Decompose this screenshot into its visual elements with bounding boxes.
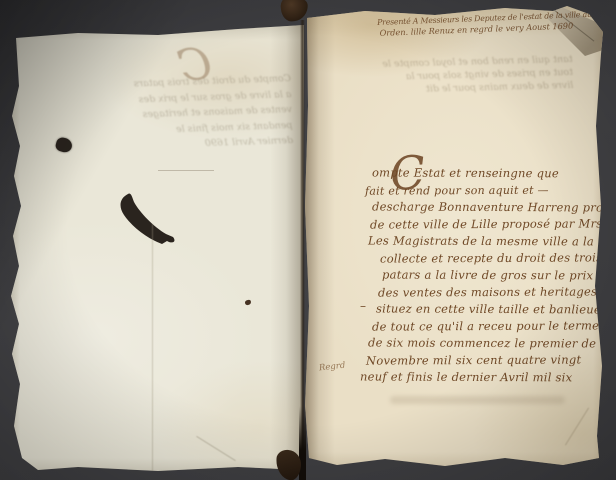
title-line: Les Magistrats de la mesme ville a la (368, 232, 609, 250)
title-line: des ventes des maisons et heritages — (378, 283, 609, 301)
title-text-block: C ompte Estat et renseingne que fait et … (360, 156, 609, 386)
title-line: de six mois commencez le premier de (368, 334, 609, 352)
title-line: fait et rend pour son aquit et — (365, 181, 609, 199)
bleedthrough-underline (158, 170, 214, 171)
left-page: C Compte du droit des trois patars a la … (8, 24, 304, 472)
title-line: neuf et finis le dernier Avril mil six (360, 368, 609, 386)
gutter-shadow (300, 20, 305, 464)
title-line: ompte Estat et renseingne que (372, 164, 609, 182)
title-line: descharge Bonnaventure Harreng procureur (372, 198, 609, 216)
dog-ear-fold (8, 442, 42, 472)
ink-blot-shape (114, 193, 182, 251)
bleedthrough-line: livre de deux mains pour le dit (426, 80, 574, 95)
bleedthrough-text-block: Compte du droit des trois patars a la li… (119, 71, 294, 154)
title-line: de tout ce qu'il a receu pour le terme (372, 317, 609, 335)
title-line: situez en cette ville taille et banlieue (376, 300, 609, 318)
page-crease (565, 408, 589, 446)
bleedthrough-line: pendant six mois finis le (176, 119, 293, 134)
binding-knot-top (280, 0, 309, 22)
bleedthrough-line: ventes de maisons et heritages (143, 104, 293, 120)
ink-blot-small (54, 136, 73, 154)
ink-speck (245, 300, 252, 306)
margin-dash: – (360, 299, 366, 313)
bleedthrough-line: a la livre de gros sur le prix des (138, 89, 291, 105)
margin-annotation: Regrd (319, 361, 346, 374)
page-crease (152, 224, 153, 472)
bleedthrough-line: Compte du droit des trois patars (134, 73, 292, 89)
manuscript-scan: C Compte du droit des trois patars a la … (0, 0, 616, 480)
bleedthrough-text-block: tant quil en rend bon et loyal compte le… (333, 53, 574, 98)
title-line: collecte et recepte du droit des trois — (380, 249, 609, 267)
right-page: Presenté A Messieurs les Deputez de l'es… (305, 6, 609, 472)
ink-blot-large (114, 193, 182, 255)
title-line: Novembre mil six cent quatre vingt (366, 351, 609, 369)
title-line: de cette ville de Lille proposé par Mrs (370, 215, 609, 233)
page-crease (196, 436, 236, 461)
title-line: patars a la livre de gros sur le prix (382, 267, 609, 285)
bleedthrough-line: dernier Avril 1690 (205, 135, 294, 149)
bleedthrough-streak (390, 396, 565, 404)
